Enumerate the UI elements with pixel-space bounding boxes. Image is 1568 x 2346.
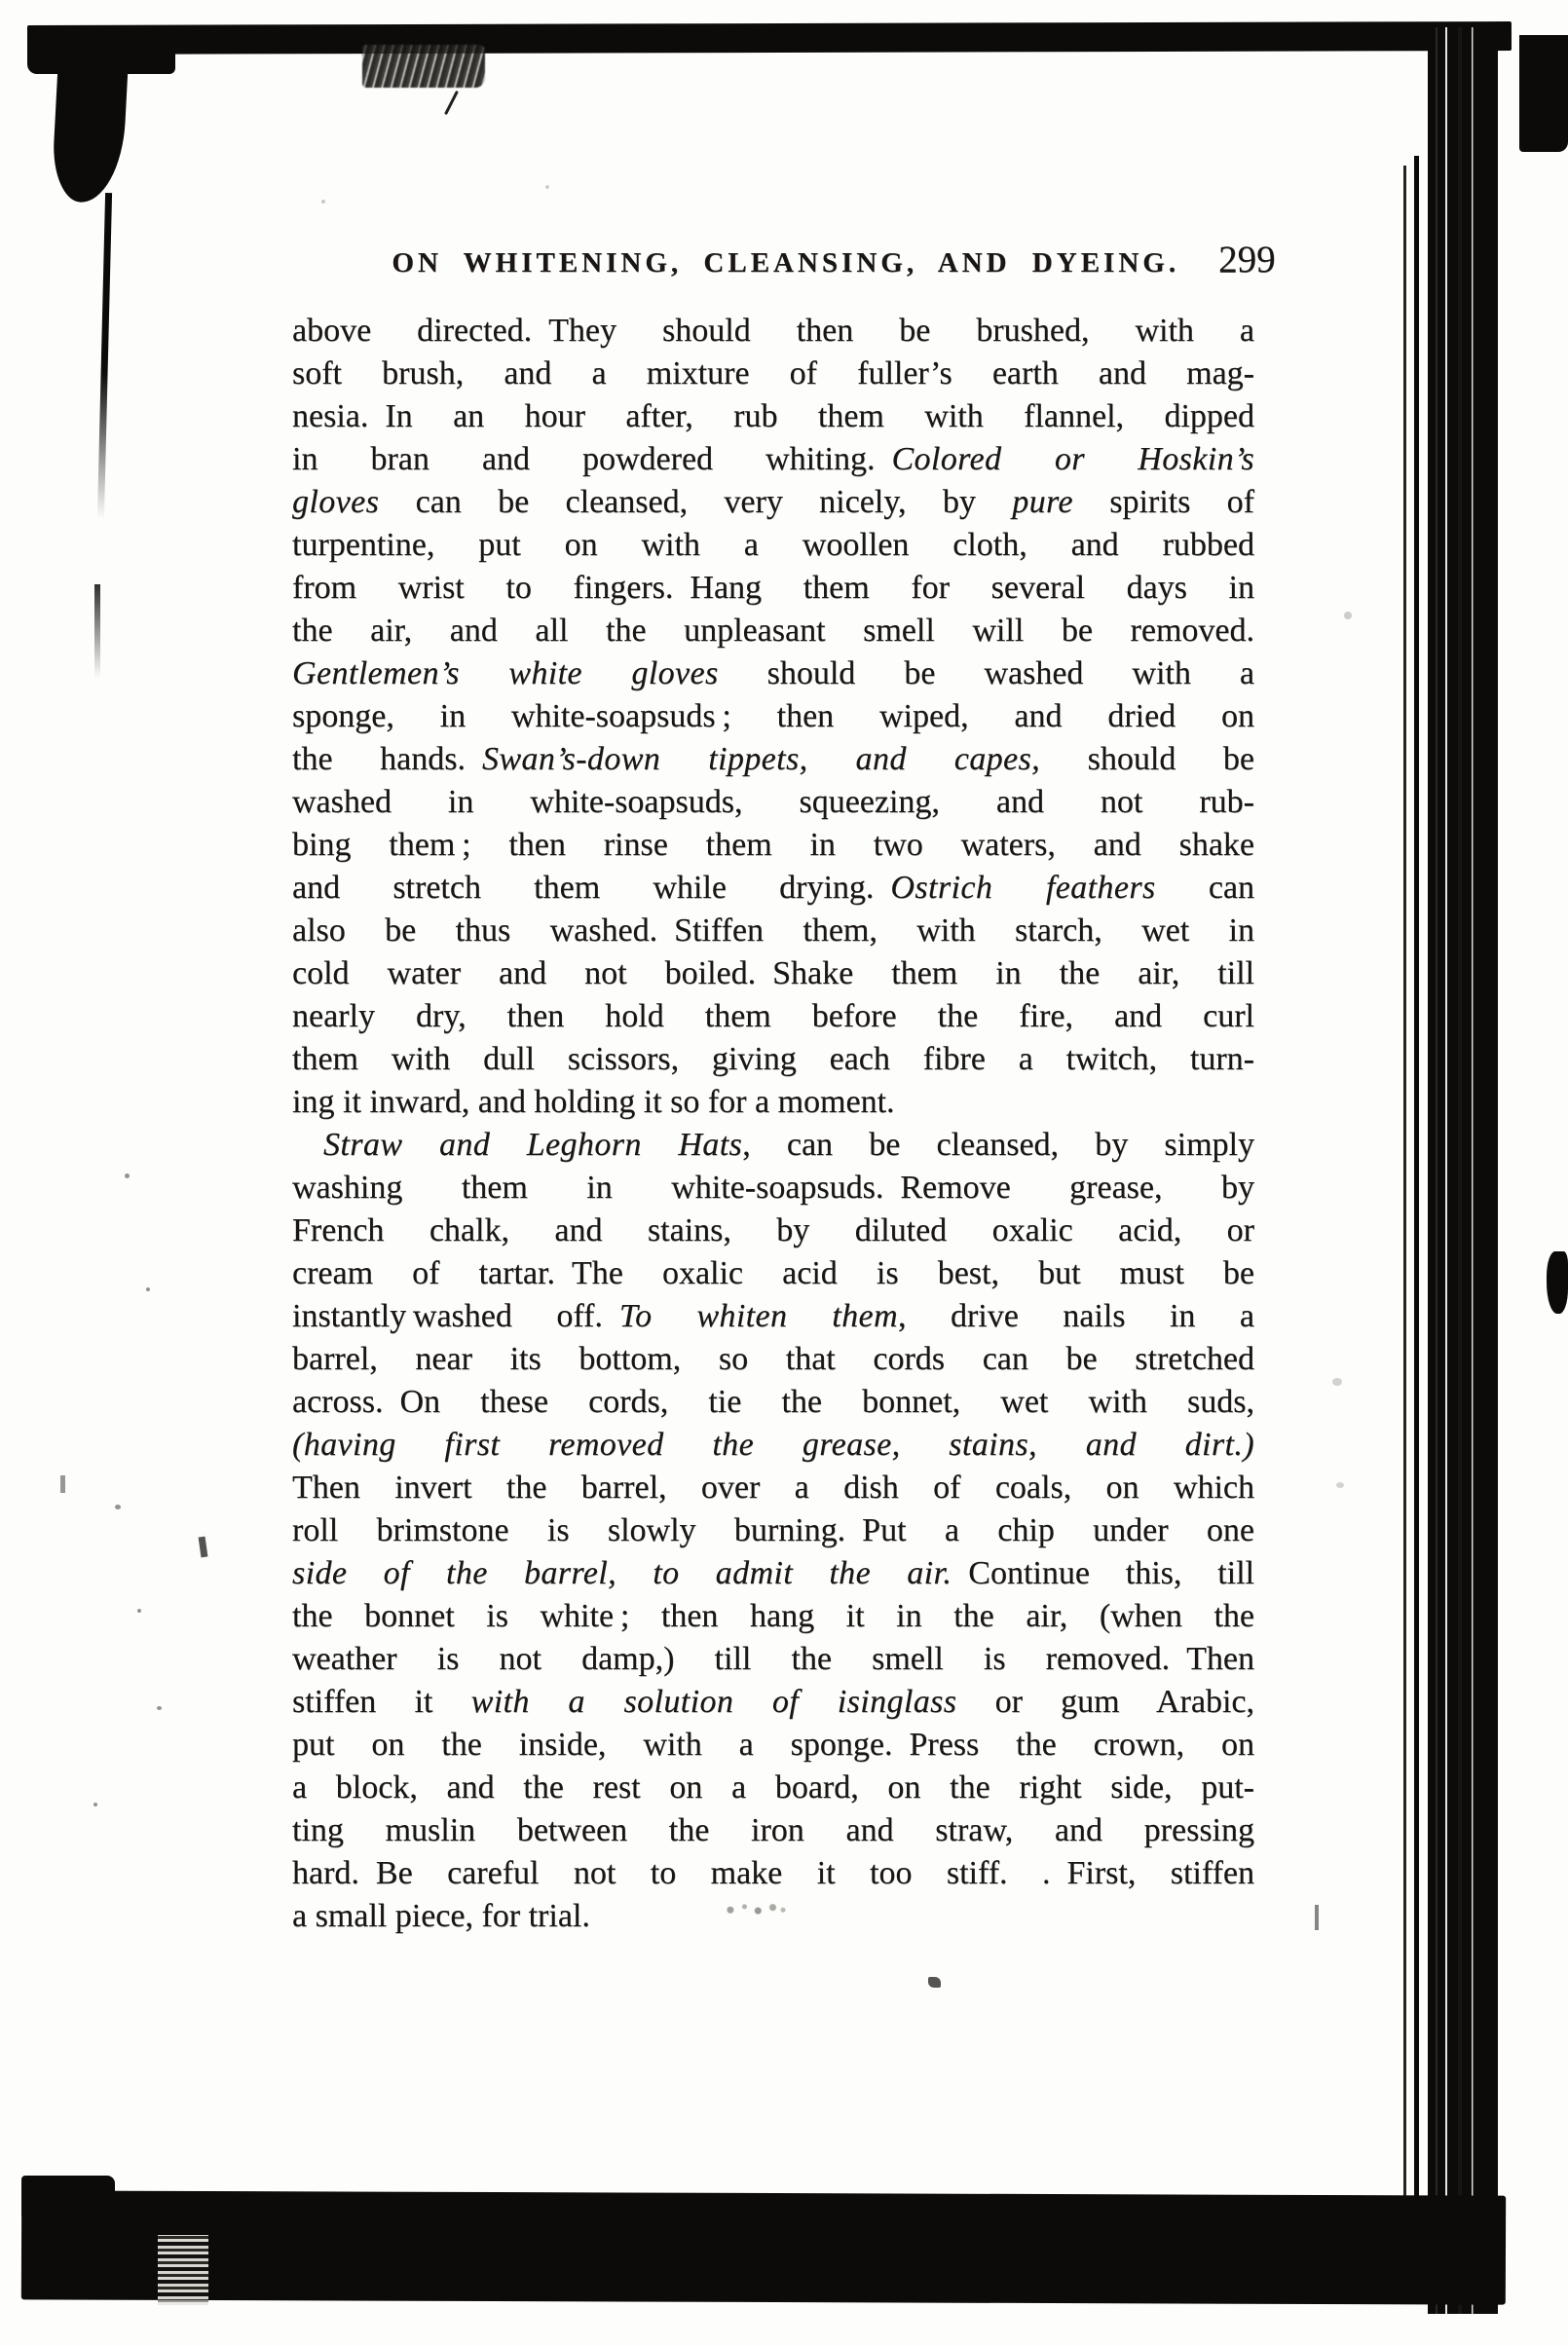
header-title: ON WHITENING, CLEANSING, AND DYEING.: [392, 247, 1179, 279]
text-run: and stretch them while drying.: [292, 870, 890, 906]
text-line: ting muslin between the iron and straw, …: [292, 1809, 1254, 1852]
ink-speck: [1336, 1482, 1344, 1488]
text-line: roll brimstone is slowly burning. Put a …: [292, 1509, 1254, 1552]
text-line: (having first removed the grease, stains…: [292, 1424, 1254, 1467]
text-run: , can be cleansed, by simply: [742, 1127, 1254, 1163]
text-line: side of the barrel, to admit the air. Co…: [292, 1552, 1254, 1595]
italic-text-run: Straw and Leghorn Hats: [323, 1127, 742, 1163]
italic-text-run: side of the barrel, to admit the air.: [292, 1555, 952, 1591]
text-run: nearly dry, then hold them before the fi…: [292, 998, 1254, 1034]
text-line: cream of tartar. The oxalic acid is best…: [292, 1252, 1254, 1295]
text-line: put on the inside, with a sponge. Press …: [292, 1724, 1254, 1767]
italic-text-run: with a solution of isinglass: [471, 1684, 957, 1720]
text-line: and stretch them while drying. Ostrich f…: [292, 867, 1254, 910]
bottom-ink-bar-step: [21, 2176, 115, 2216]
text-run: from wrist to fingers. Hang them for sev…: [292, 570, 1254, 606]
italic-text-run: Colored or Hoskin’s: [891, 441, 1254, 477]
text-line: soft brush, and a mixture of fuller’s ea…: [292, 353, 1254, 395]
text-run: Continue this, till: [952, 1555, 1254, 1591]
text-line: from wrist to fingers. Hang them for sev…: [292, 567, 1254, 610]
text-line: across. On these cords, tie the bonnet, …: [292, 1381, 1254, 1424]
italic-text-run: Gentlemen’s white gloves: [292, 655, 719, 691]
text-run: , drive nails in a: [898, 1298, 1254, 1334]
ink-speck: [545, 185, 549, 189]
text-line: instantly washed off. To whiten them, dr…: [292, 1295, 1254, 1338]
text-run: ing it inward, and holding it so for a m…: [292, 1084, 895, 1120]
stray-mark: [60, 1475, 65, 1493]
text-line: also be thus washed. Stiffen them, with …: [292, 910, 1254, 952]
gutter-hairline: [1403, 166, 1406, 2298]
ink-speck: [137, 1609, 141, 1613]
text-run: hard. Be careful not to make it too stif…: [292, 1855, 1254, 1891]
text-run: instantly washed off.: [292, 1298, 619, 1334]
text-line: hard. Be careful not to make it too stif…: [292, 1852, 1254, 1895]
text-line: gloves can be cleansed, very nicely, by …: [292, 481, 1254, 524]
ink-speck: [125, 1173, 130, 1178]
text-run: can be cleansed, very nicely, by: [379, 484, 1012, 520]
text-line: Straw and Leghorn Hats, can be cleansed,…: [292, 1124, 1254, 1167]
stray-mark: [928, 1977, 941, 1988]
text-line: nearly dry, then hold them before the fi…: [292, 995, 1254, 1038]
text-run: cream of tartar. The oxalic acid is best…: [292, 1255, 1254, 1291]
text-run: across. On these cords, tie the bonnet, …: [292, 1384, 1254, 1420]
stray-mark: [199, 1537, 208, 1558]
text-run: nesia. In an hour after, rub them with f…: [292, 398, 1254, 434]
text-run: ting muslin between the iron and straw, …: [292, 1812, 1254, 1848]
scanned-book-page: ON WHITENING, CLEANSING, AND DYEING. 299…: [0, 0, 1568, 2346]
text-line: sponge, in white-soapsuds ; then wiped, …: [292, 695, 1254, 738]
ink-speck: [115, 1505, 121, 1509]
text-run: weather is not damp,) till the smell is …: [292, 1641, 1254, 1677]
text-line: stiffen it with a solution of isinglass …: [292, 1681, 1254, 1724]
text-run: above directed. They should then be brus…: [292, 313, 1254, 349]
ink-speck: [1332, 1378, 1342, 1386]
ink-speck: [321, 200, 325, 204]
ink-speck: [146, 1287, 150, 1291]
text-line: nesia. In an hour after, rub them with f…: [292, 395, 1254, 438]
text-run: washing them in white-soapsuds. Remove g…: [292, 1170, 1254, 1206]
text-line: Gentlemen’s white gloves should be washe…: [292, 652, 1254, 695]
text-run: should be: [1040, 741, 1254, 777]
text-run: stiffen it: [292, 1684, 471, 1720]
italic-text-run: gloves: [292, 484, 379, 520]
page-number: 299: [1218, 238, 1276, 281]
text-run: a small piece, for trial.: [292, 1898, 590, 1934]
italic-text-run: Swan’s-down tippets, and capes,: [482, 741, 1040, 777]
text-line: cold water and not boiled. Shake them in…: [292, 952, 1254, 995]
text-run: spirits of: [1073, 484, 1254, 520]
text-run: them with dull scissors, giving each fib…: [292, 1041, 1254, 1077]
running-header: ON WHITENING, CLEANSING, AND DYEING. 299: [347, 238, 1321, 281]
text-line: them with dull scissors, giving each fib…: [292, 1038, 1254, 1081]
text-run: sponge, in white-soapsuds ; then wiped, …: [292, 698, 1254, 734]
text-line: the bonnet is white ; then hang it in th…: [292, 1595, 1254, 1638]
page-text: above directed. They should then be brus…: [292, 310, 1254, 1938]
stray-mark: [1315, 1905, 1319, 1930]
ink-speck: [1344, 612, 1352, 619]
text-run: or gum Arabic,: [956, 1684, 1254, 1720]
text-line: the hands. Swan’s-down tippets, and cape…: [292, 738, 1254, 781]
text-run: Then invert the barrel, over a dish of c…: [292, 1470, 1254, 1506]
top-ink-bar: [27, 21, 1512, 55]
text-run: soft brush, and a mixture of fuller’s ea…: [292, 355, 1254, 391]
text-line: weather is not damp,) till the smell is …: [292, 1638, 1254, 1681]
pen-slash-mark: [444, 91, 459, 115]
book-page-edges: [1428, 27, 1498, 2314]
text-run: the bonnet is white ; then hang it in th…: [292, 1598, 1254, 1634]
text-run: the air, and all the unpleasant smell wi…: [292, 613, 1254, 649]
text-run: turpentine, put on with a woollen cloth,…: [292, 527, 1254, 563]
text-line: the air, and all the unpleasant smell wi…: [292, 610, 1254, 652]
italic-text-run: pure: [1012, 484, 1073, 520]
text-run: should be washed with a: [719, 655, 1254, 691]
gutter-hairline: [1414, 156, 1419, 2304]
top-left-ink-blob: [51, 58, 129, 205]
text-line: washing them in white-soapsuds. Remove g…: [292, 1167, 1254, 1210]
italic-text-run: To whiten them: [619, 1298, 898, 1334]
italic-text-run: (having first removed the grease, stains…: [292, 1427, 1254, 1463]
text-line: French chalk, and stains, by diluted oxa…: [292, 1210, 1254, 1252]
text-run: cold water and not boiled. Shake them in…: [292, 955, 1254, 991]
text-line: a block, and the rest on a board, on the…: [292, 1767, 1254, 1809]
right-margin-ink-blob: [1547, 1251, 1568, 1314]
text-run: can: [1156, 870, 1254, 906]
text-line: turpentine, put on with a woollen cloth,…: [292, 524, 1254, 567]
text-run: put on the inside, with a sponge. Press …: [292, 1727, 1254, 1763]
text-run: a block, and the rest on a board, on the…: [292, 1769, 1254, 1806]
left-ink-drip-line: [97, 193, 112, 519]
text-line: above directed. They should then be brus…: [292, 310, 1254, 353]
text-run: roll brimstone is slowly burning. Put a …: [292, 1512, 1254, 1548]
text-run: barrel, near its bottom, so that cords c…: [292, 1341, 1254, 1377]
text-line: a small piece, for trial.: [292, 1895, 1254, 1938]
text-run: French chalk, and stains, by diluted oxa…: [292, 1212, 1254, 1248]
ink-speck: [157, 1706, 162, 1710]
bottom-ink-bar: [21, 2190, 1506, 2304]
text-line: bing them ; then rinse them in two water…: [292, 824, 1254, 867]
text-run: in bran and powdered whiting.: [292, 441, 891, 477]
top-smudge: [362, 45, 485, 88]
text-line: Then invert the barrel, over a dish of c…: [292, 1467, 1254, 1509]
text-run: bing them ; then rinse them in two water…: [292, 827, 1254, 863]
text-run: washed in white-soapsuds, squeezing, and…: [292, 784, 1254, 820]
text-line: ing it inward, and holding it so for a m…: [292, 1081, 1254, 1124]
text-line: washed in white-soapsuds, squeezing, and…: [292, 781, 1254, 824]
text-run: also be thus washed. Stiffen them, with …: [292, 912, 1254, 949]
text-line: in bran and powdered whiting. Colored or…: [292, 438, 1254, 481]
ink-speck: [93, 1803, 97, 1806]
italic-text-run: Ostrich feathers: [890, 870, 1155, 906]
bottom-texture-patch: [158, 2235, 208, 2305]
top-right-corner-ink: [1519, 35, 1568, 152]
text-line: barrel, near its bottom, so that cords c…: [292, 1338, 1254, 1381]
text-run: the hands.: [292, 741, 482, 777]
left-ink-drip-mark: [94, 584, 100, 678]
